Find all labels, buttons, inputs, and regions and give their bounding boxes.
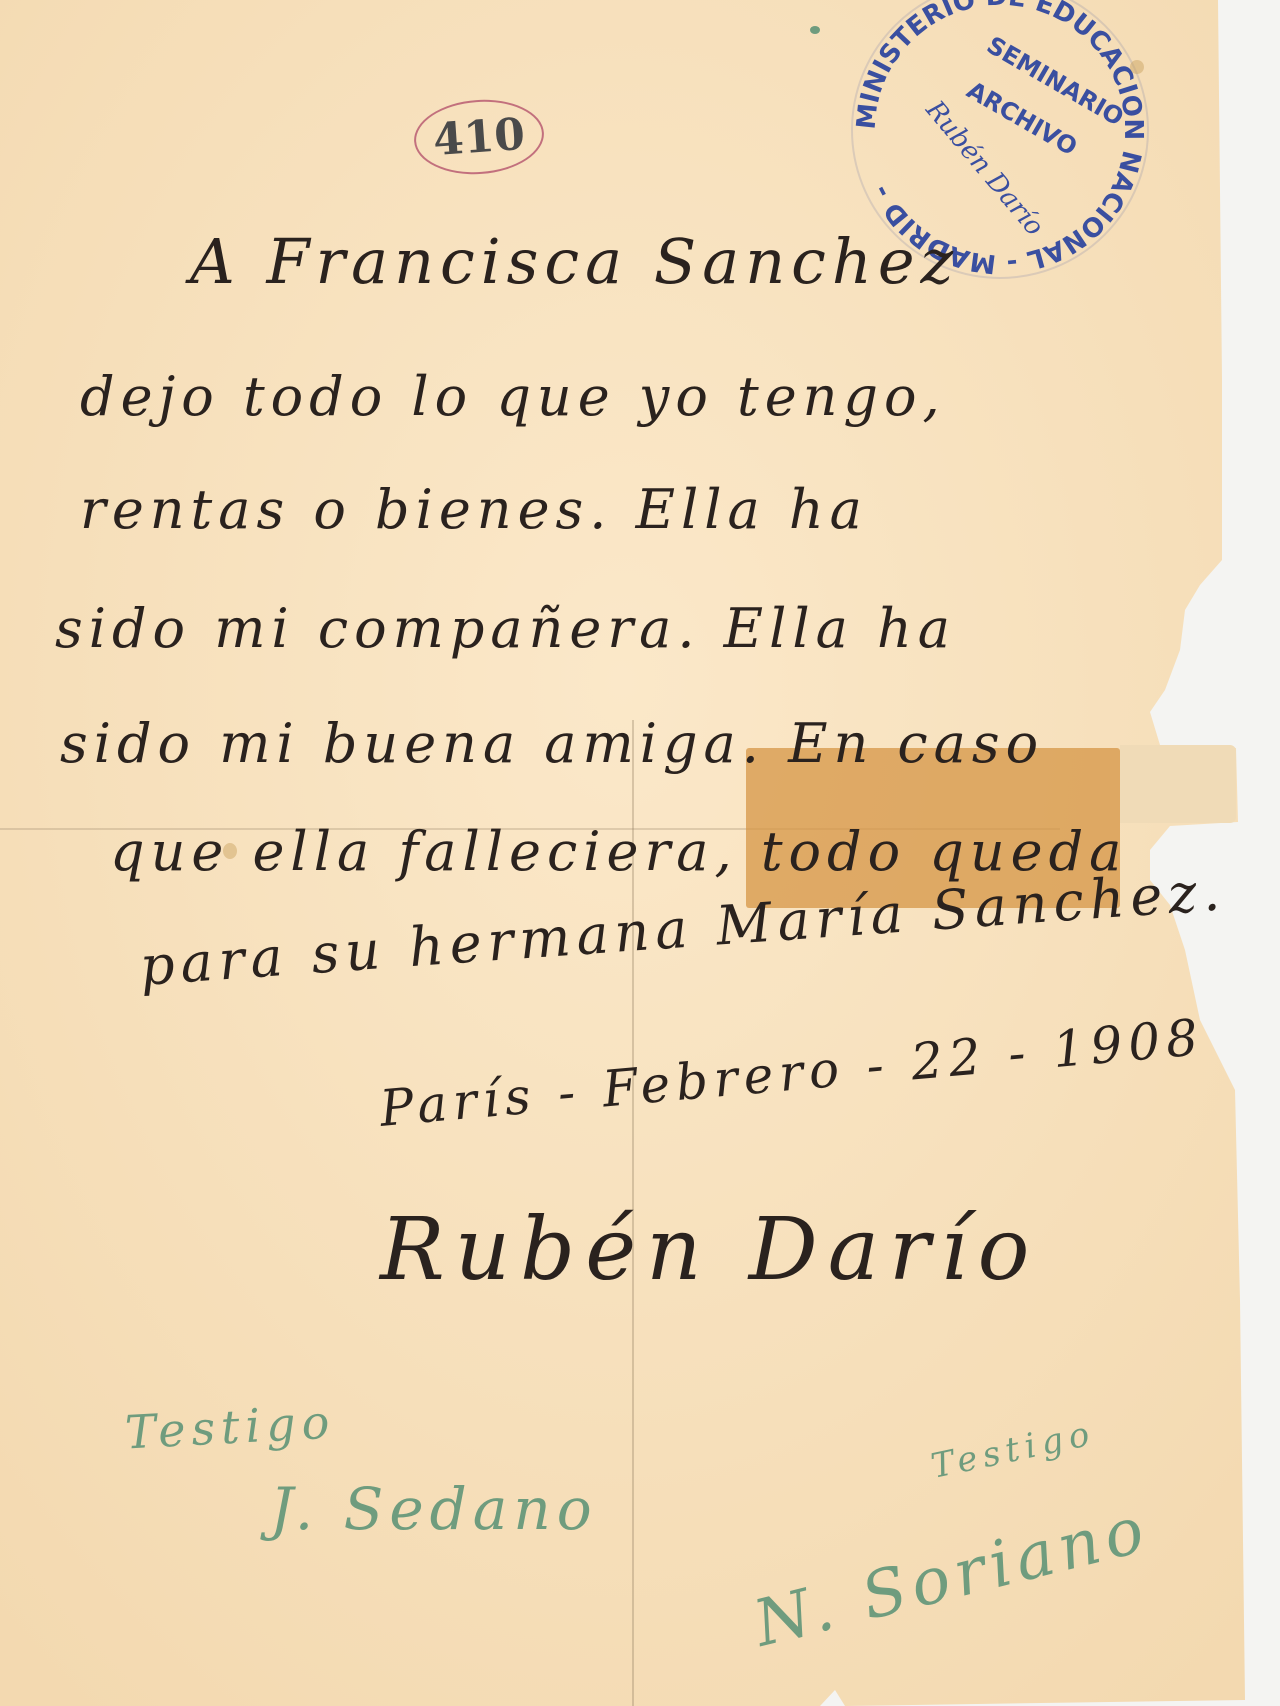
body-line-6: que ella falleciera, todo queda [110, 820, 1127, 883]
paper-tab [1120, 745, 1236, 823]
signature: Rubén Darío [380, 1200, 1039, 1300]
document-page: MINISTERIO DE EDUCACION NACIONAL - MADRI… [0, 0, 1280, 1706]
body-line-3: rentas o bienes. Ella ha [80, 478, 868, 541]
body-line-1: A Francisca Sanchez [190, 225, 959, 298]
witness-1-signature: J. Sedano [270, 1475, 598, 1543]
body-line-2: dejo todo lo que yo tengo, [80, 365, 946, 428]
witness-1-label: Testigo [124, 1395, 337, 1460]
body-line-5: sido mi buena amiga. En caso [60, 712, 1044, 775]
body-line-4: sido mi compañera. Ella ha [55, 597, 956, 660]
stain [1130, 60, 1144, 74]
